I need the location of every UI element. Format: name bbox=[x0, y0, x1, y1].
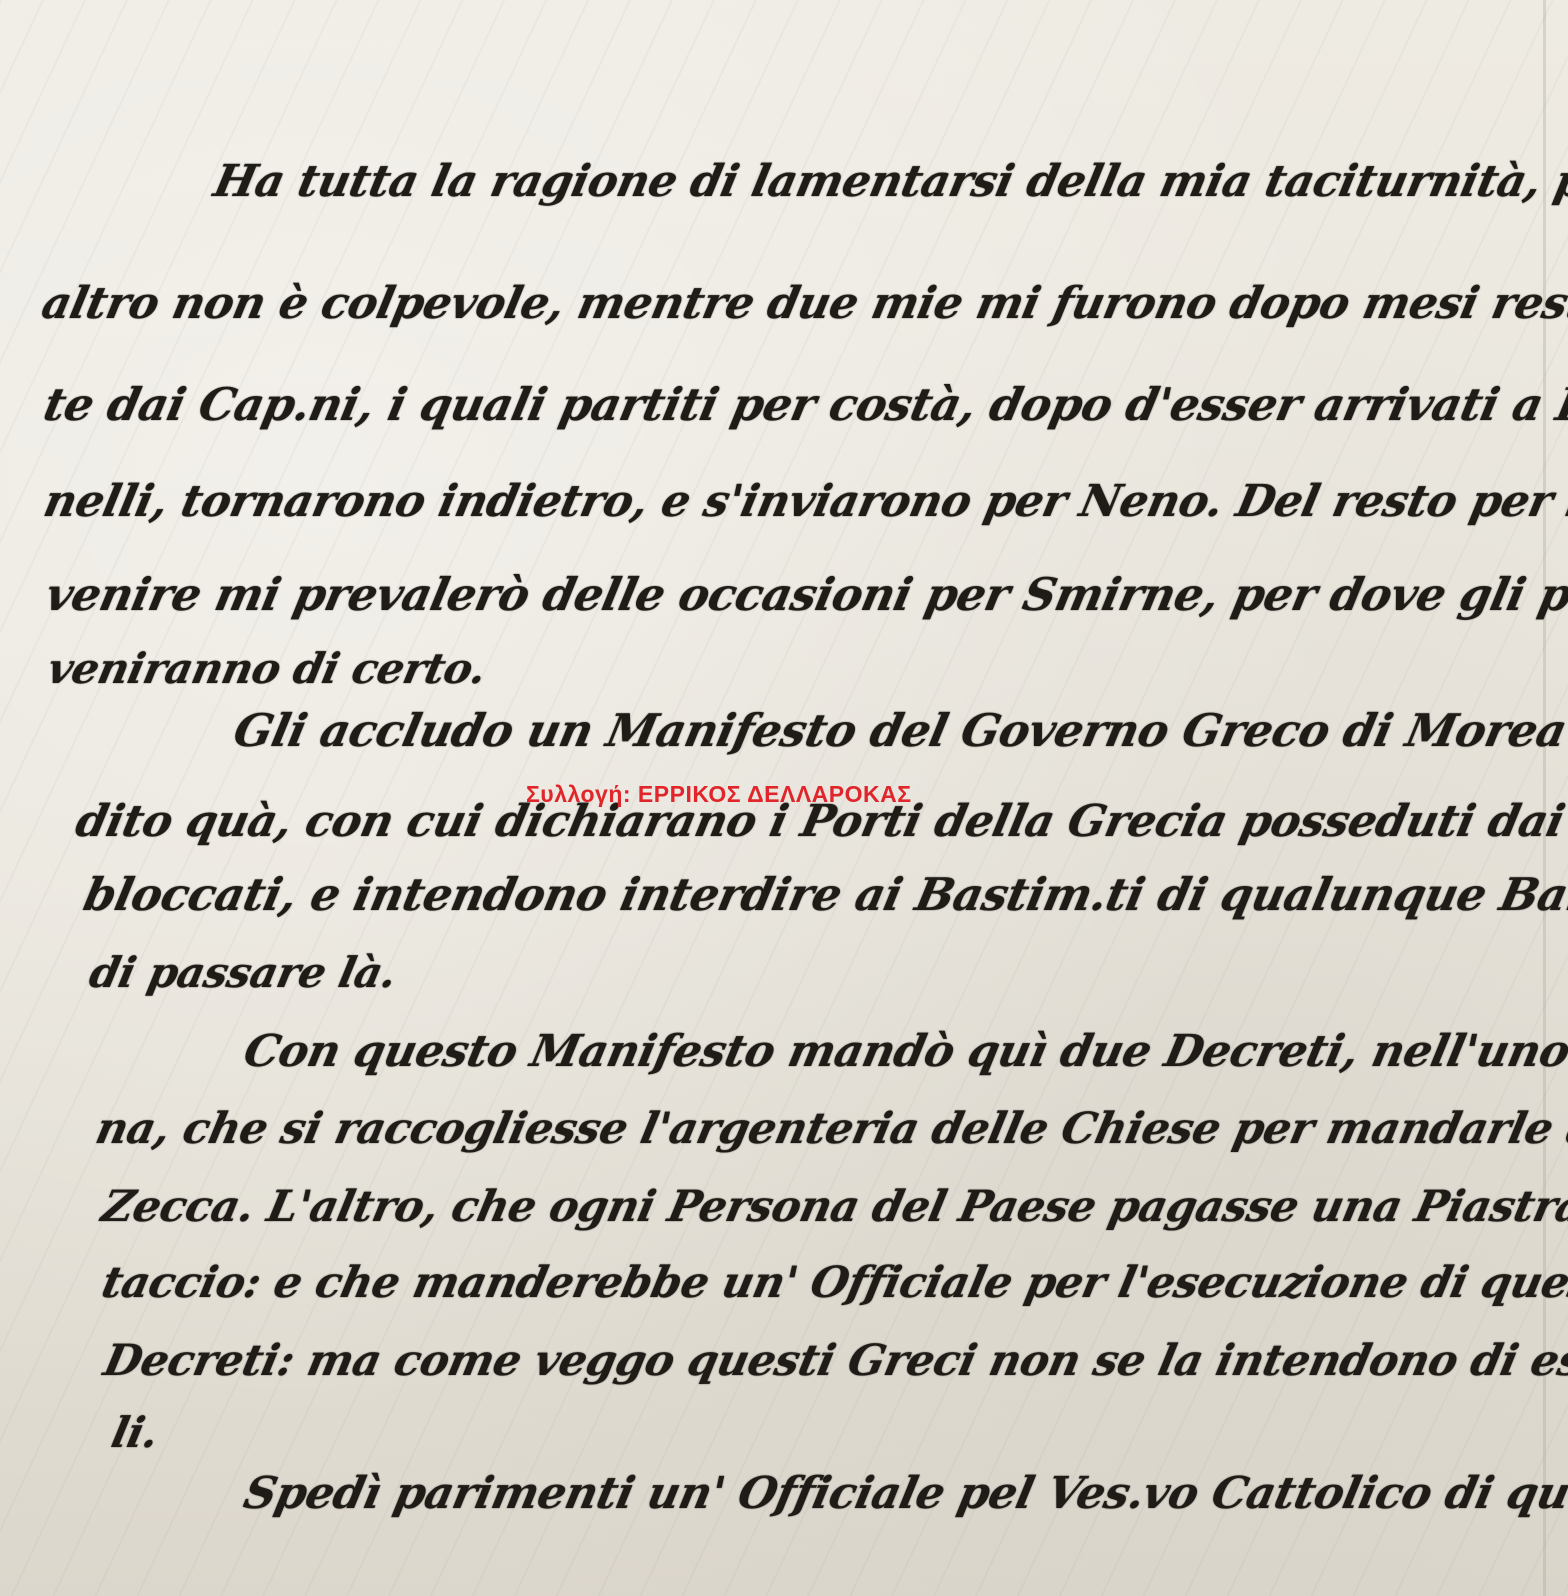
letter-line-17: Spedì parimenti un' Officiale pel Ves.vo… bbox=[240, 1472, 1568, 1516]
letter-line-10: di passare là. bbox=[86, 952, 400, 994]
letter-line-2: altro non è colpevole, mentre due mie mi… bbox=[38, 282, 1568, 326]
letter-line-7: Gli accludo un Manifesto del Governo Gre… bbox=[230, 708, 1568, 753]
letter-line-9: bloccati, e intendono interdire ai Basti… bbox=[80, 872, 1568, 917]
letter-line-13: Zecca. L'altro, che ogni Persona del Pae… bbox=[98, 1186, 1568, 1229]
letter-line-12: na, che si raccogliesse l'argenteria del… bbox=[92, 1108, 1568, 1151]
letter-line-5: venire mi prevalerò delle occasioni per … bbox=[42, 572, 1568, 617]
letter-line-14: taccio: e che manderebbe un' Officiale p… bbox=[98, 1262, 1568, 1305]
letter-line-3: te dai Cap.ni, i quali partiti per costà… bbox=[40, 382, 1568, 427]
letter-line-1: Ha tutta la ragione di lamentarsi della … bbox=[210, 160, 1568, 204]
letter-line-4: nelli, tornarono indietro, e s'inviarono… bbox=[40, 480, 1568, 524]
collection-watermark: Συλλογή: ΕΡΡΙΚΟΣ ΔΕΛΛΑΡΟΚΑΣ bbox=[526, 783, 912, 806]
letter-line-15: Decreti: ma come veggo questi Greci non … bbox=[100, 1340, 1568, 1383]
letter-line-6: veniranno di certo. bbox=[44, 648, 490, 690]
letter-line-16: li. bbox=[108, 1412, 162, 1454]
letter-line-11: Con questo Manifesto mandò quì due Decre… bbox=[240, 1030, 1568, 1074]
letter-page: Ha tutta la ragione di lamentarsi della … bbox=[0, 0, 1568, 1596]
